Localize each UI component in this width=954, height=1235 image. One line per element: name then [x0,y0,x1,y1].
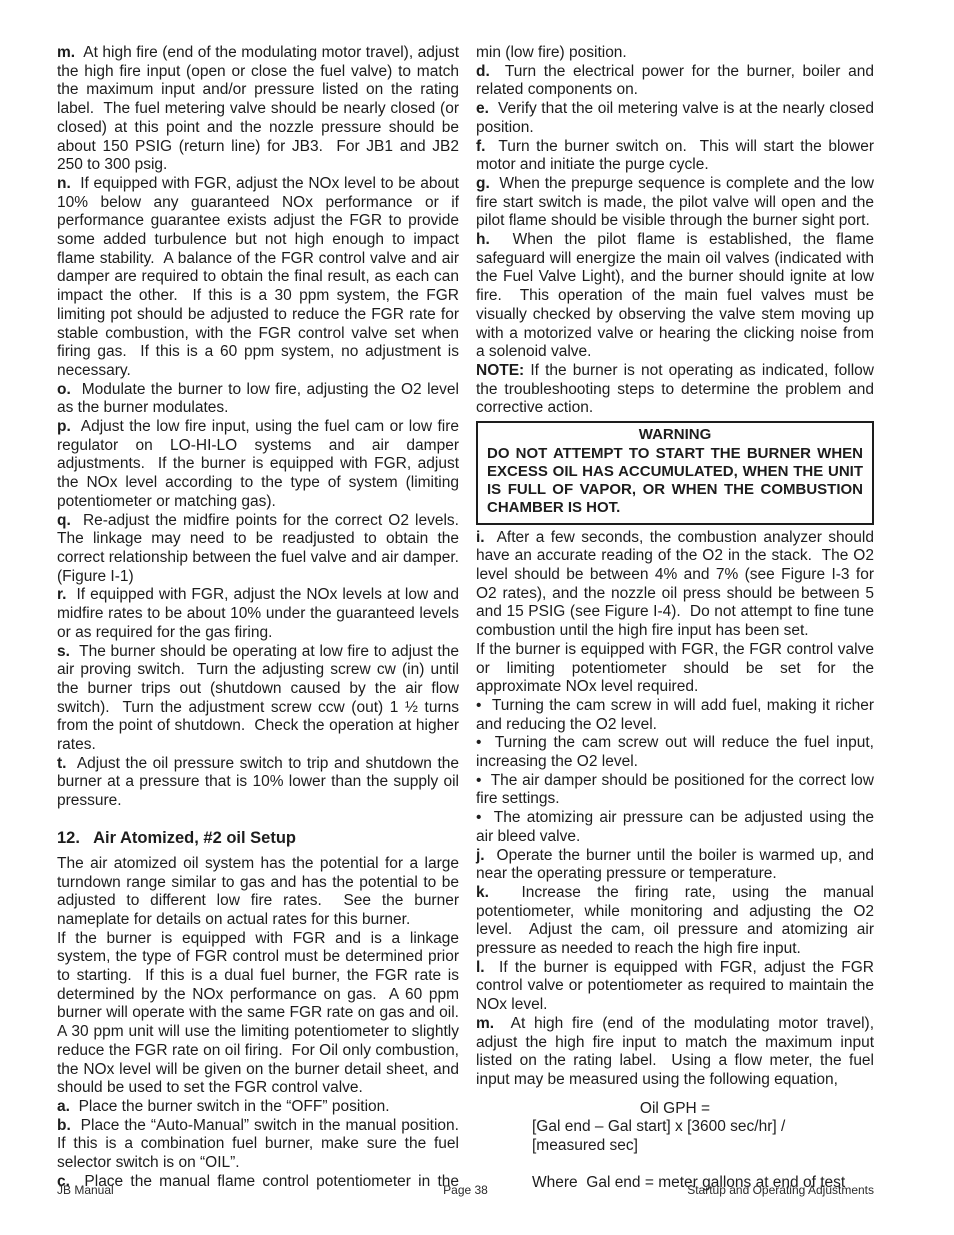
item-text: Verify that the oil metering valve is at… [476,100,878,136]
bullet-text: The air damper should be positioned for … [476,772,878,808]
bullet-item-2: • Turning the cam screw out will reduce … [476,734,874,771]
warning-box: WARNING DO NOT ATTEMPT TO START THE BURN… [476,421,874,525]
paragraph-text: min (low fire) position. [476,44,627,61]
item-label: i. [476,529,485,546]
item-label: r. [57,586,66,603]
item-text: Adjust the low fire input, using the fue… [57,418,463,510]
item-text: Re-adjust the midfire points for the cor… [57,512,468,585]
item-label: h. [476,231,490,248]
bullet-marker: • [476,772,481,789]
para-l: l. If the burner is equipped with FGR, a… [476,959,874,1015]
item-text: The burner should be operating at low fi… [57,643,463,754]
para-h: h. When the pilot flame is established, … [476,231,874,362]
item-label: q. [57,512,71,529]
para-j: j. Operate the burner until the boiler i… [476,847,874,884]
footer-section-name: Startup and Operating Adjustments [687,1183,874,1197]
paragraph-text: If the burner is equipped with FGR, the … [476,641,878,695]
para-q: q. Re-adjust the midfire points for the … [57,512,459,587]
item-label: p. [57,418,71,435]
section-heading: 12. Air Atomized, #2 oil Setup [57,829,459,848]
item-text: Increase the firing rate, using the manu… [476,884,878,957]
item-label: d. [476,63,490,80]
para-r: r. If equipped with FGR, adjust the NOx … [57,586,459,642]
item-text: After a few seconds, the combustion anal… [476,529,878,640]
equation-block: Oil GPH = [Gal end – Gal start] x [3600 … [476,1100,874,1193]
item-text: Place the burner switch in the “OFF” pos… [79,1098,390,1115]
manual-page: m. At high fire (end of the modulating m… [0,0,954,1235]
item-label: t. [57,755,66,772]
fgr-paragraph: If the burner is equipped with FGR, the … [476,641,874,697]
bullet-marker: • [476,734,481,751]
para-d: d. Turn the electrical power for the bur… [476,63,874,100]
paragraph-text: If the burner is equipped with FGR and i… [57,930,463,1097]
para-a: a. Place the burner switch in the “OFF” … [57,1098,459,1117]
para-k: k. Increase the firing rate, using the m… [476,884,874,959]
intro-paragraph-1: The air atomized oil system has the pote… [57,855,459,930]
warning-title: WARNING [487,426,863,445]
bullet-text: Turning the cam screw in will add fuel, … [476,697,878,733]
bullet-text: Turning the cam screw out will reduce th… [476,734,878,770]
para-f: f. Turn the burner switch on. This will … [476,138,874,175]
item-text: Modulate the burner to low fire, adjusti… [57,381,463,417]
item-label: e. [476,100,489,117]
two-column-layout: m. At high fire (end of the modulating m… [57,44,874,1192]
para-p: p. Adjust the low fire input, using the … [57,418,459,512]
para-o: o. Modulate the burner to low fire, adju… [57,381,459,418]
item-label: k. [476,884,489,901]
equation-numerator: [Gal end – Gal start] x [3600 sec/hr] / [532,1118,874,1137]
item-label: s. [57,643,70,660]
note-label: NOTE: [476,362,524,379]
para-g: g. When the prepurge sequence is complet… [476,175,874,231]
para-i: i. After a few seconds, the combustion a… [476,529,874,641]
item-label: l. [476,959,485,976]
item-label: b. [57,1117,71,1134]
bullet-marker: • [476,809,481,826]
intro-paragraph-2: If the burner is equipped with FGR and i… [57,930,459,1098]
para-e: e. Verify that the oil metering valve is… [476,100,874,137]
note-text: If the burner is not operating as indica… [476,362,878,416]
note-paragraph: NOTE: If the burner is not operating as … [476,362,874,418]
item-text: At high fire (end of the modulating moto… [57,44,463,173]
para-m2: m. At high fire (end of the modulating m… [476,1015,874,1090]
item-text: Turn the electrical power for the burner… [476,63,878,99]
para-t: t. Adjust the oil pressure switch to tri… [57,755,459,811]
item-text: Turn the burner switch on. This will sta… [476,138,878,174]
continuation-paragraph: min (low fire) position. [476,44,874,63]
item-label: j. [476,847,485,864]
bullet-item-4: • The atomizing air pressure can be adju… [476,809,874,846]
item-text: When the prepurge sequence is complete a… [476,175,878,229]
warning-body: DO NOT ATTEMPT TO START THE BURNER WHEN … [487,445,863,518]
para-n: n. If equipped with FGR, adjust the NOx … [57,175,459,381]
item-text: At high fire (end of the modulating moto… [476,1015,878,1088]
item-label: m. [476,1015,494,1032]
para-s: s. The burner should be operating at low… [57,643,459,755]
paragraph-text: The air atomized oil system has the pote… [57,855,463,928]
item-label: f. [476,138,485,155]
item-label: m. [57,44,75,61]
bullet-text: The atomizing air pressure can be adjust… [476,809,878,845]
item-text: If the burner is equipped with FGR, adju… [476,959,878,1013]
bullet-marker: • [476,697,481,714]
item-label: o. [57,381,71,398]
para-b: b. Place the “Auto-Manual” switch in the… [57,1117,459,1173]
item-label: g. [476,175,490,192]
item-text: Adjust the oil pressure switch to trip a… [57,755,463,809]
item-label: a. [57,1098,70,1115]
item-text: When the pilot flame is established, the… [476,231,878,360]
bullet-item-3: • The air damper should be positioned fo… [476,772,874,809]
item-label: n. [57,175,71,192]
equation-denominator: [measured sec] [532,1137,874,1156]
right-column: min (low fire) position. d. Turn the ele… [476,44,874,1192]
item-text: If equipped with FGR, adjust the NOx lev… [57,175,463,379]
item-text: Place the “Auto-Manual” switch in the ma… [57,1117,463,1171]
item-text: If equipped with FGR, adjust the NOx lev… [57,586,463,640]
left-column: m. At high fire (end of the modulating m… [57,44,459,1192]
para-m: m. At high fire (end of the modulating m… [57,44,459,175]
item-text: Operate the burner until the boiler is w… [476,847,878,883]
equation-title: Oil GPH = [476,1100,874,1119]
bullet-item-1: • Turning the cam screw in will add fuel… [476,697,874,734]
